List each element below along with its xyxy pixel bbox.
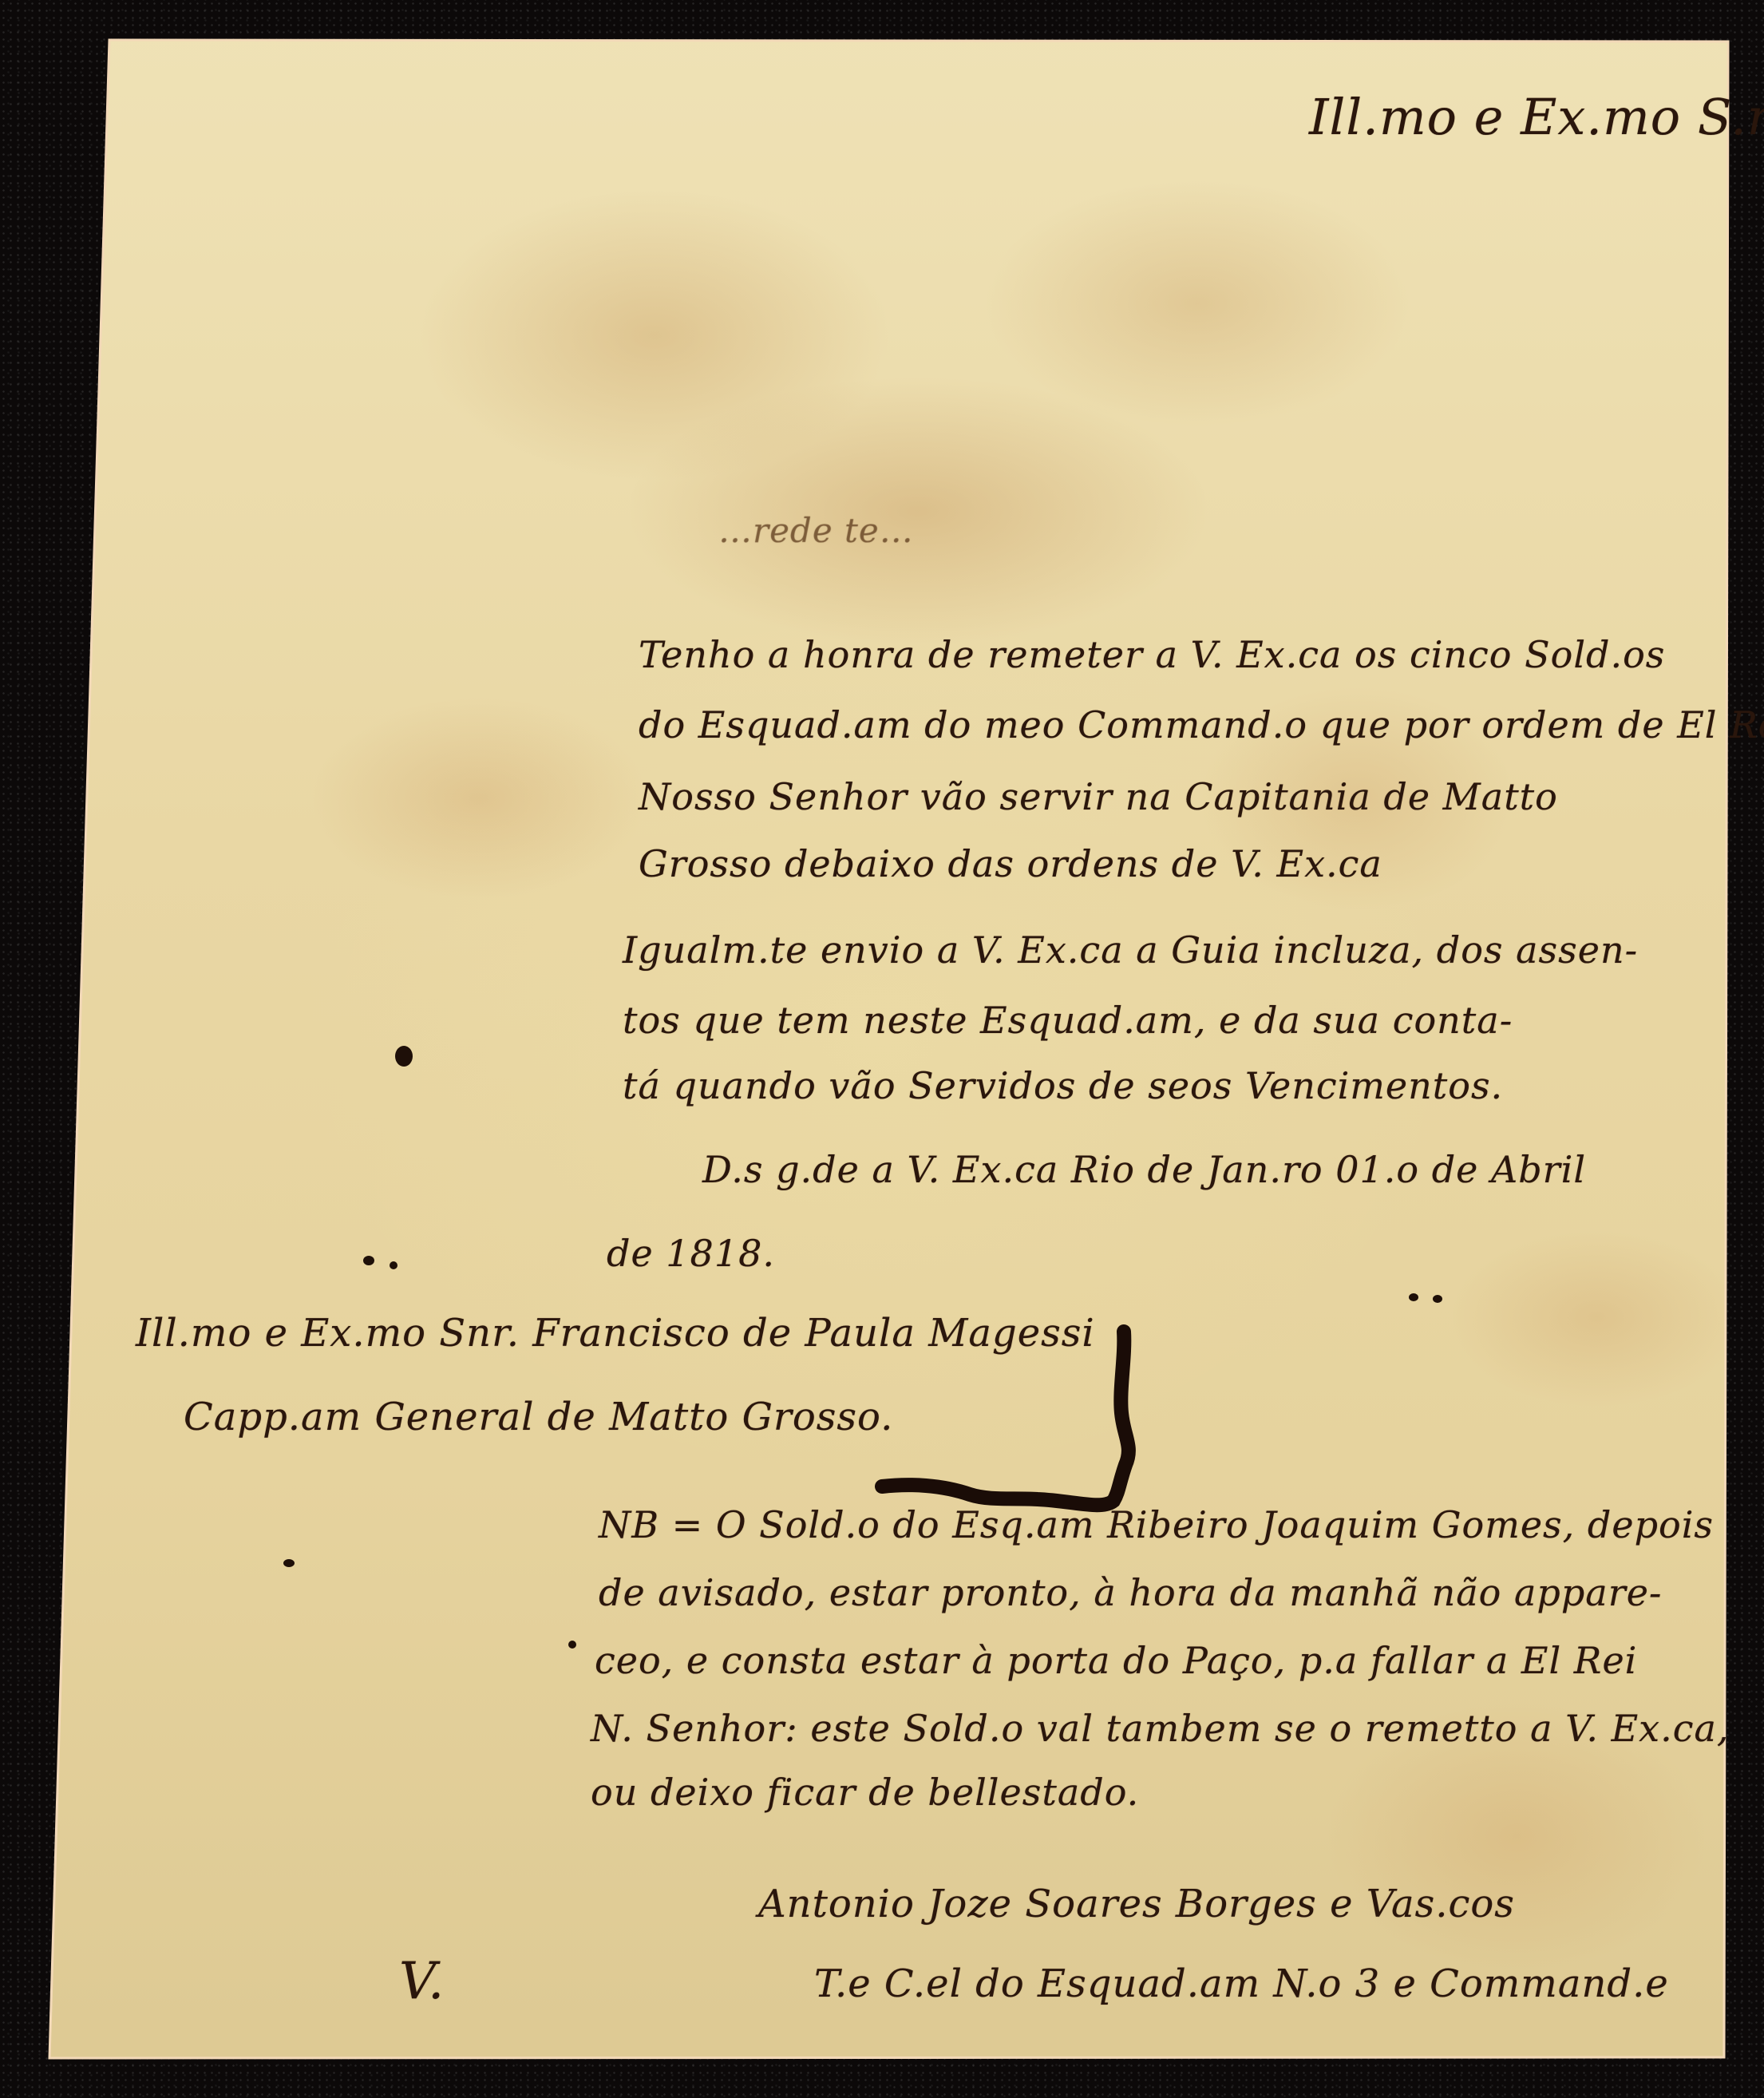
signature-title: T.e C.el do Esquad.am N.o 3 e Command.e — [814, 1960, 1669, 2008]
salutation: Ill.mo e Ex.mo S.r — [1309, 88, 1764, 146]
paragraph-1-line-3: Nosso Senhor vão servir na Capitania de … — [639, 773, 1558, 821]
postscript-line-3: ceo, e consta estar à porta do Paço, p.a… — [595, 1637, 1637, 1684]
closing-line-1: D.s g.de a V. Ex.ca Rio de Jan.ro 01.o d… — [702, 1146, 1586, 1193]
ink-dot — [390, 1261, 397, 1269]
ink-blot — [395, 1046, 413, 1067]
postscript-line-4: N. Senhor: este Sold.o val tambem se o r… — [591, 1704, 1730, 1752]
paragraph-2-line-2: tos que tem neste Esquad.am, e da sua co… — [623, 996, 1513, 1044]
closing-date: de 1818. — [607, 1229, 775, 1277]
ink-dot — [568, 1641, 576, 1649]
paragraph-2-line-3: tá quando vão Servidos de seos Venciment… — [623, 1062, 1503, 1110]
paragraph-1-line-4: Grosso debaixo das ordens de V. Ex.ca — [639, 840, 1382, 888]
ink-dot — [1409, 1293, 1418, 1301]
addressee-line-1: Ill.mo e Ex.mo Snr. Francisco de Paula M… — [136, 1309, 1095, 1357]
bleed-through-text: …rede te… — [718, 511, 914, 550]
signature-name: Antonio Joze Soares Borges e Vas.cos — [758, 1880, 1515, 1928]
addressee-line-2: Capp.am General de Matto Grosso. — [184, 1393, 893, 1441]
postscript-line-5: ou deixo ficar de bellestado. — [591, 1768, 1139, 1816]
postscript-line-1: NB = O Sold.o do Esq.am Ribeiro Joaquim … — [599, 1501, 1714, 1549]
ink-dot — [283, 1559, 295, 1567]
ink-dot — [363, 1256, 374, 1265]
ink-dot — [1433, 1295, 1442, 1303]
paragraph-1-line-2: do Esquad.am do meo Command.o que por or… — [639, 701, 1764, 749]
postscript-line-2: de avisado, estar pronto, à hora da manh… — [599, 1569, 1662, 1617]
paragraph-2-line-1: Igualm.te envio a V. Ex.ca a Guia incluz… — [623, 926, 1638, 974]
margin-mark: V. — [399, 1952, 445, 2011]
paragraph-1-line-1: Tenho a honra de remeter a V. Ex.ca os c… — [639, 631, 1665, 679]
